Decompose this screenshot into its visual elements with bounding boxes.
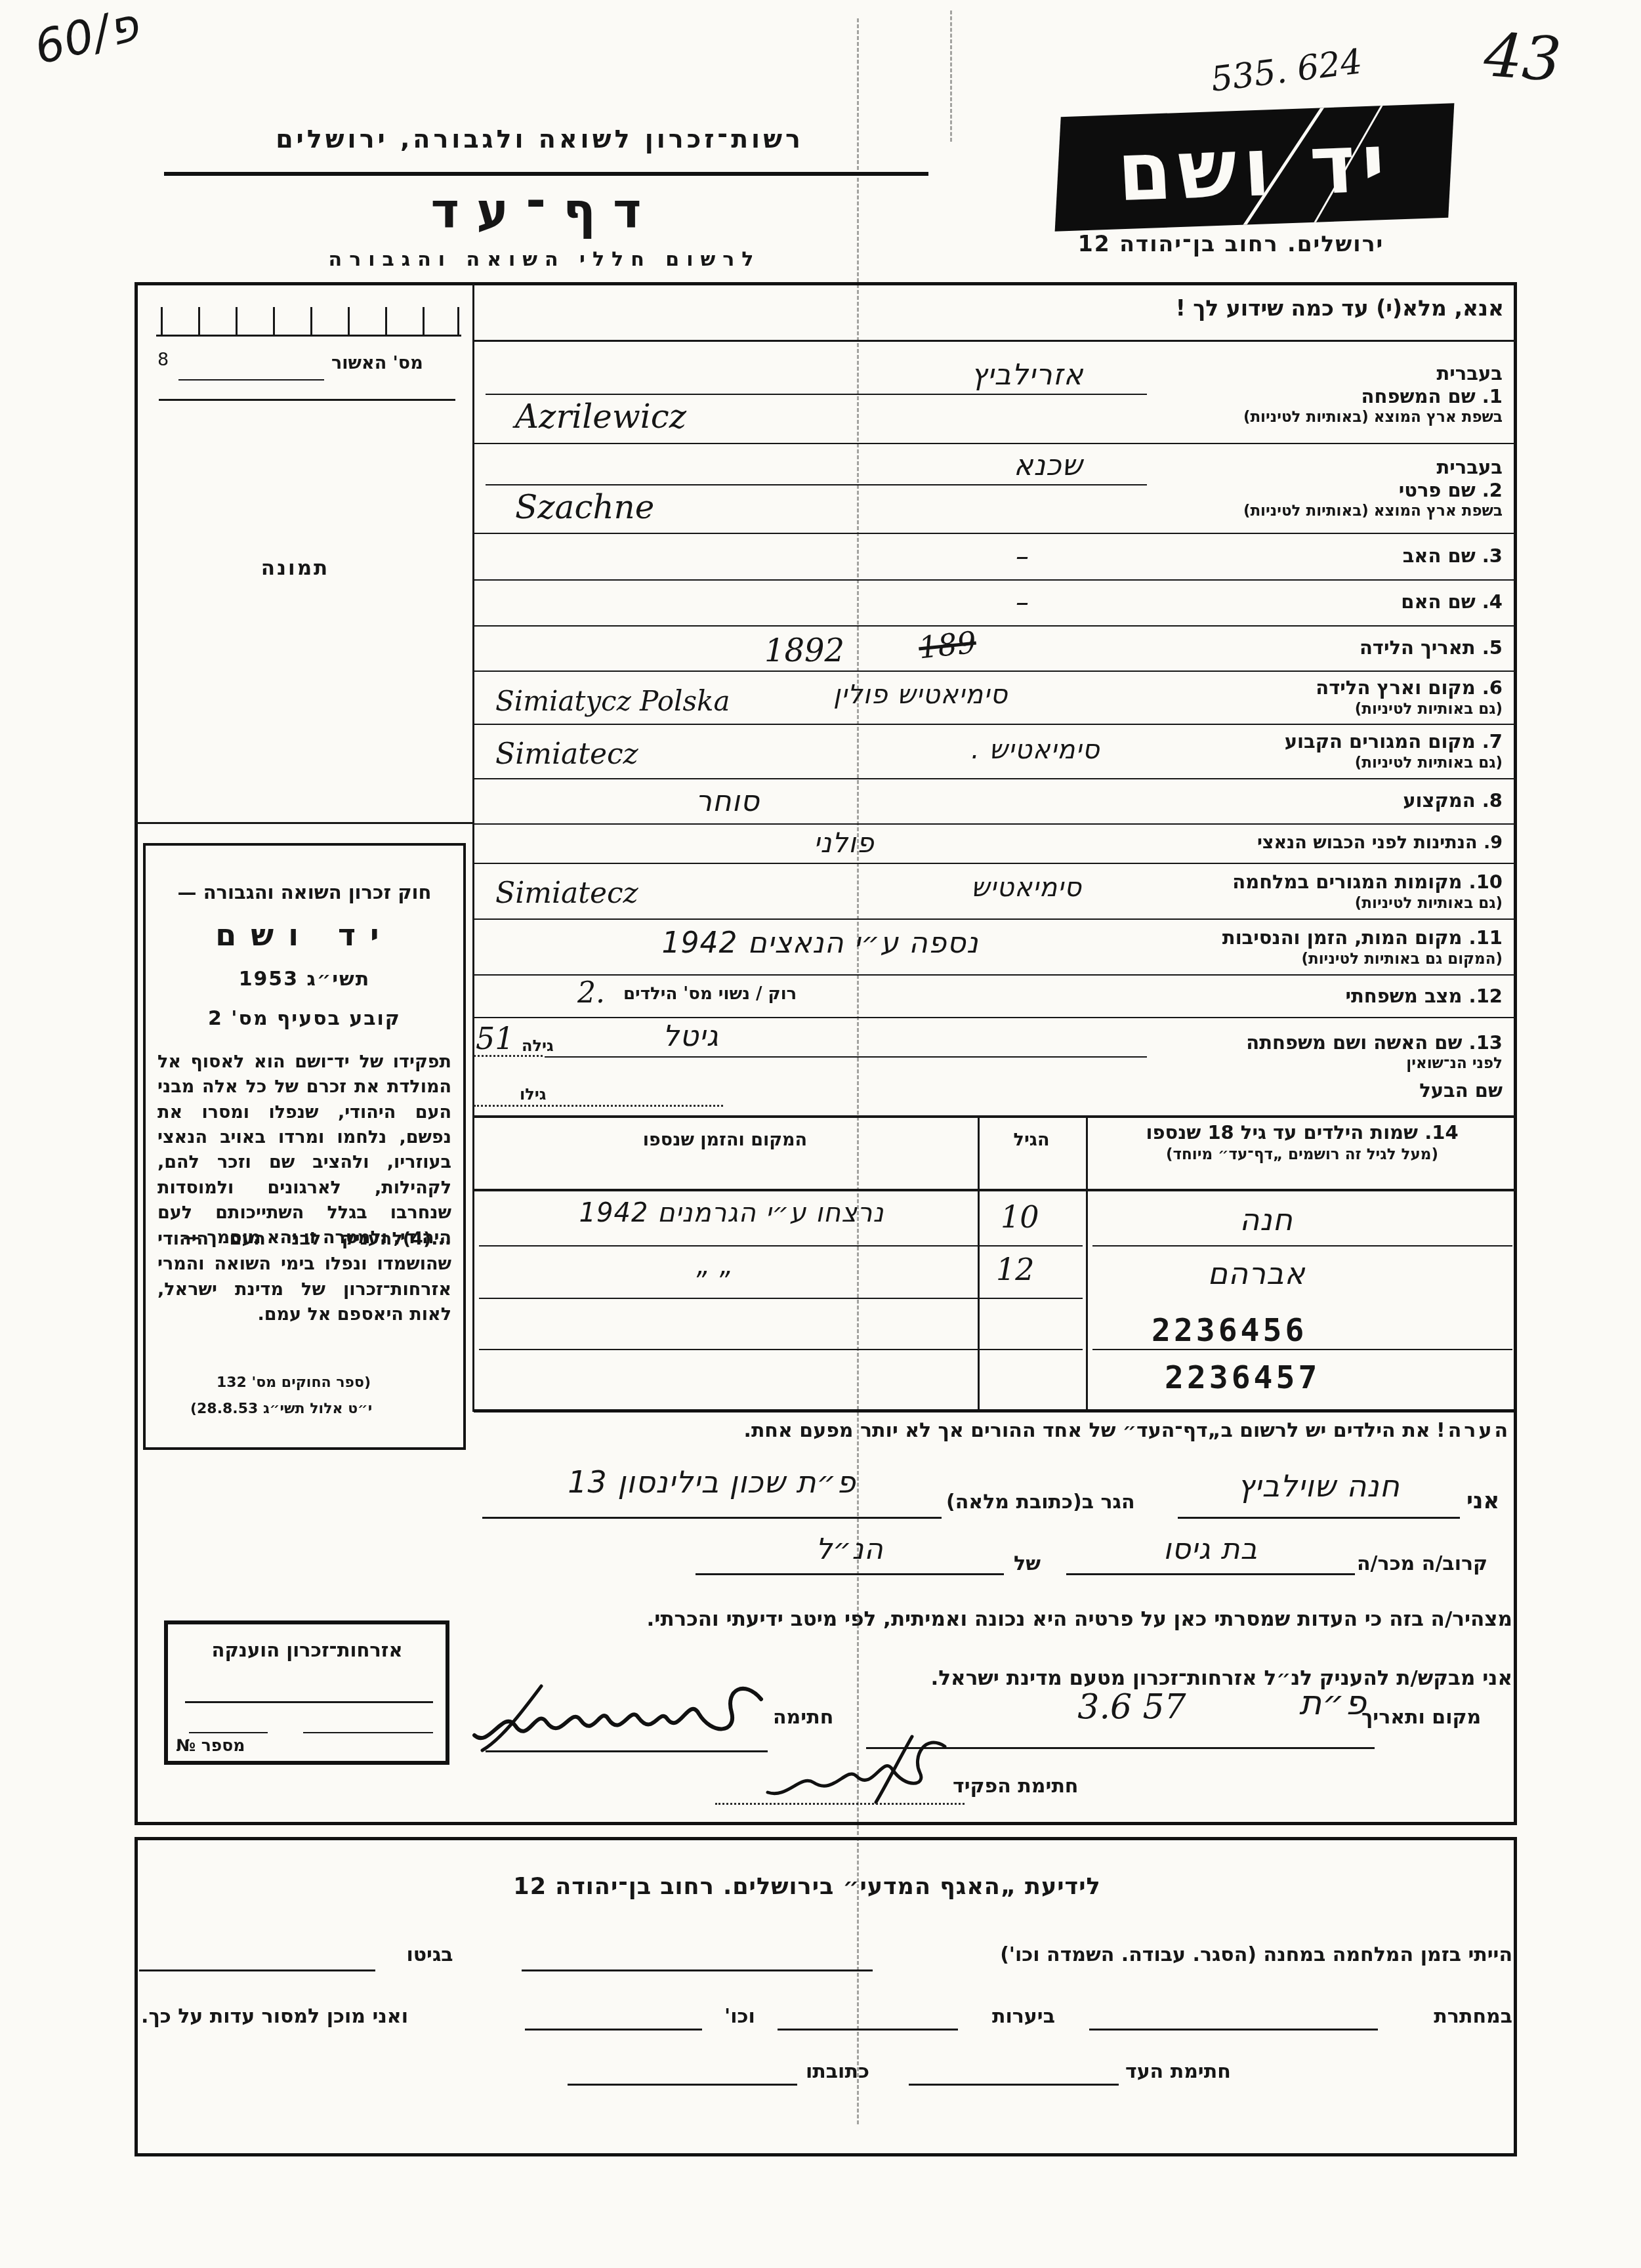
stamp-box-line (303, 1732, 433, 1733)
forests-label: ביערות (965, 2005, 1083, 2028)
field-1-sublabel: בשפת ארץ המוצא (באותיות לטיניות) (1155, 408, 1503, 426)
certificate-number-label: מס' האשור (331, 353, 423, 373)
tick (236, 307, 238, 337)
table-divider (978, 1115, 980, 1412)
child-name: אברהם (1161, 1256, 1352, 1291)
writing-line (482, 1517, 942, 1519)
witness-address-label: כתובתו (806, 2060, 869, 2083)
rule (159, 399, 455, 401)
photo-placeholder-label: תמונה (236, 556, 354, 580)
table-divider (1086, 1115, 1088, 1412)
field-label-7: 7. מקום המגורים הקבוע (גם באותיות לטיניו… (1155, 725, 1503, 777)
table-bottom-border (474, 1409, 1516, 1412)
marital-status-options: רוק / נשוי מס' הילדים (623, 984, 797, 1004)
wife-name-value: גיטל (663, 1020, 719, 1053)
field-label-5: 5. תאריך הלידה (1155, 626, 1503, 670)
field-label-1: בעברית 1. שם המשפחה בשפת ארץ המוצא (באות… (1155, 346, 1503, 442)
stamp-number-label: מספר № (176, 1736, 245, 1755)
table-top-border (474, 1115, 1516, 1118)
law-body: תפקידו של יד־ושם הוא לאסוף אל המולדת את … (157, 1050, 451, 1251)
stamped-record-number: 2236457 (1165, 1359, 1320, 1396)
field-label-11: 11. מקום המות, הזמן והנסיבות (המקום גם ב… (1155, 922, 1503, 973)
residence-label: הגר ב(כתובת מלאה) (946, 1491, 1135, 1514)
blank-line (525, 2029, 702, 2031)
father-name-value: – (1016, 542, 1029, 572)
field-13-label: 13. שם האשה ושם משפחתה (1155, 1031, 1503, 1054)
law-heading: חוק זכרון השואה והגבורה — (150, 881, 459, 903)
tick (198, 307, 200, 337)
family-name-latin-value: Azrilewicz (515, 398, 686, 436)
writing-line (486, 484, 1147, 485)
field-6-label: 6. מקום וארץ הלידה (1155, 676, 1503, 699)
witness-signature (463, 1673, 771, 1758)
child-age: 10 (1001, 1199, 1039, 1235)
first-name-latin-value: Szachne (515, 488, 654, 526)
field-label-2: בעברית 2. שם פרטי בשפת ארץ המוצא (באותיו… (1155, 443, 1503, 533)
date-value: 3.6 57 (1024, 1687, 1240, 1727)
of-label: של (1014, 1552, 1041, 1575)
field-label-10: 10. מקומות המגורים במלחמה (גם באותיות לט… (1155, 866, 1503, 917)
blank-line (909, 2084, 1119, 2086)
writing-line (545, 1056, 1147, 1058)
stamp-box-title: אזרחות־זכרון הוענקה (169, 1639, 445, 1661)
blank-line (139, 1969, 375, 1971)
page-number-handwritten: 43 (1482, 20, 1563, 95)
field-11-label: 11. מקום המות, הזמן והנסיבות (1155, 926, 1503, 949)
wartime-residence-hebrew-value: סימיאטיש (971, 873, 1147, 903)
field-6-sublabel: (גם באותיות לטיניות) (1155, 700, 1503, 718)
row-sep (474, 863, 1516, 864)
clerk-signature-label: חתימת הפקיד (953, 1775, 1078, 1798)
field-8-label: 8. המקצוע (1155, 789, 1503, 812)
age-column-header: הגיל (979, 1130, 1084, 1150)
blank-line (778, 2029, 958, 2031)
birth-year-value: 1892 (764, 632, 844, 669)
field-label-4: 4. שם האם (1155, 580, 1503, 625)
blank-line (522, 1969, 873, 1971)
tick (161, 307, 163, 337)
clerk-signature (748, 1727, 958, 1805)
child-fate-ditto: „ „ (577, 1250, 853, 1281)
wartime-residence-latin-value: Simiatecz (495, 876, 638, 910)
field-label-12: 12. מצב משפחתי (1155, 978, 1503, 1016)
citizenship-value: פולני (814, 827, 875, 859)
family-name-hebrew-value: אזרילביץ (971, 358, 1145, 392)
form-title: דף־עד (381, 182, 709, 239)
residence-hebrew-value: סימיאטיש . (971, 735, 1147, 765)
mother-name-value: – (1016, 588, 1029, 618)
wife-age-label: גילה (522, 1037, 554, 1055)
law-source-1: (ספר החוקים מס' 132 (217, 1374, 371, 1391)
row-sep (474, 918, 1516, 920)
signature-label: חתימה (773, 1706, 833, 1729)
law-source-2: י״ט אלול תשי״ג 28.8.53) (190, 1401, 372, 1417)
of-whom-value: הנ״ל (696, 1533, 1004, 1566)
underground-label: במחתרת (1381, 2005, 1512, 2028)
comb-base (156, 335, 461, 337)
field-10-sublabel: (גם באותיות לטיניות) (1155, 894, 1503, 913)
profession-value: סוחר (696, 785, 760, 818)
column-divider (472, 283, 474, 1412)
field-13-sublabel: לפני הנ־שואין (1155, 1054, 1503, 1073)
fate-column-header: המקום והזמן שנספו (476, 1130, 974, 1150)
children-label-main: 14. שמות הילדים עד גיל 18 שנספו (1091, 1121, 1514, 1145)
declarant-i-label: אני (1466, 1488, 1499, 1514)
blank-line (1089, 2029, 1378, 2031)
birth-place-hebrew-value: סימיאטיש פולין (833, 680, 1147, 710)
camp-label: הייתי בזמן המלחמה במחנה (הסגר. עבודה. הש… (879, 1943, 1512, 1966)
children-note: הערה! את הילדים יש לרשום ב„דף־העד״ של אח… (217, 1419, 1510, 1442)
table-header-border (474, 1189, 1516, 1191)
field-12-label: 12. מצב משפחתי (1155, 985, 1503, 1008)
place-value: פ״ת (1299, 1683, 1367, 1723)
birth-year-struck: 189 (917, 625, 978, 666)
dotted-line (474, 1105, 723, 1107)
field-4-label: 4. שם האם (1155, 590, 1503, 613)
field-label-6: 6. מקום וארץ הלידה (גם באותיות לטיניות) (1155, 672, 1503, 723)
stamp-box-line (185, 1701, 433, 1703)
blank-line (568, 2084, 797, 2086)
declarant-address-value: פ״ת שכון בילינסון 13 (482, 1464, 942, 1500)
logo-text: יד ושם (1115, 115, 1394, 219)
testimony-page-scan: 60/פ 535. 624 43 רשות־זכרון לשואה ולגבור… (0, 0, 1641, 2268)
field-7-label: 7. מקום המגורים הקבוע (1155, 730, 1503, 753)
etc-label: וכו' (709, 2005, 771, 2028)
child-age: 12 (996, 1252, 1035, 1287)
husband-age-label: גילו (520, 1085, 547, 1103)
stamp-box-line (189, 1732, 268, 1733)
certificate-number-blank (178, 379, 324, 381)
field-11-sublabel: (המקום גם באותיות לטיניות) (1155, 950, 1503, 968)
field-9-label: 9. הנתינות לפני הכבוש הנאצי (1155, 833, 1503, 854)
writing-line (486, 394, 1147, 395)
birth-place-latin-value: Simiatycz Polska (495, 685, 730, 717)
field-2-sublabel: בשפת ארץ המוצא (באותיות לטיניות) (1155, 502, 1503, 520)
side-mark: 8 (157, 350, 169, 370)
tick (273, 307, 275, 337)
law-year: תשי״ג 1953 (150, 968, 459, 991)
row-sep (474, 1017, 1516, 1018)
citizenship-request: אני מבקש/ת להעניק לנ״ל אזרחות־זכרון מטעם… (741, 1666, 1512, 1690)
tick (310, 307, 312, 337)
note-title: הערה! (1436, 1419, 1510, 1442)
law-clause: ‏...(4)להעניק לבני העם היהודי שהושמדו ונ… (157, 1227, 451, 1327)
fill-instruction: אנא, מלא(י) עד כמה שידוע לך ! (984, 295, 1504, 321)
husband-name-label: שם הבעל (1155, 1079, 1503, 1102)
children-count-value: 2. (577, 976, 605, 1010)
wife-age-value: 51 (476, 1021, 514, 1056)
witness-signature-label: חתימת העד (1125, 2060, 1231, 2083)
table-row-line (1092, 1349, 1512, 1350)
writing-line (1178, 1517, 1460, 1519)
field-label-9: 9. הנתינות לפני הכבוש הנאצי (1155, 825, 1503, 862)
file-mark-handwritten: 60/פ (29, 0, 144, 75)
table-row-line (479, 1298, 1083, 1299)
field-3-label: 3. שם האב (1155, 545, 1503, 567)
writing-line (486, 1750, 768, 1752)
table-row-line (479, 1349, 1083, 1350)
yad-vashem-logo: יד ושם (1055, 103, 1455, 231)
tick (348, 307, 350, 337)
tick (457, 307, 459, 337)
tick (385, 307, 387, 337)
death-circumstances-value: נספה ע״י הנאצים 1942 (564, 926, 1076, 960)
org-name: רשות־זכרון לשואה ולגבורה, ירושלים (151, 125, 928, 154)
field-label-8: 8. המקצוע (1155, 779, 1503, 823)
fold-mark-short (950, 10, 952, 142)
row-sep (474, 974, 1516, 976)
table-row-line (479, 1245, 1083, 1247)
photo-panel-bottom (136, 822, 472, 824)
field-5-label: 5. תאריך הלידה (1155, 636, 1503, 659)
dotted-line (715, 1803, 965, 1805)
lang-label: בעברית (1155, 456, 1503, 479)
field-label-13: 13. שם האשה ושם משפחתה לפני הנ־שואין שם … (1155, 1020, 1503, 1114)
children-label-sub: (מעל לגיל זה רושמים „דף־עד״ מיוחד) (1091, 1145, 1514, 1165)
first-name-hebrew-value: שכנא (1014, 449, 1145, 482)
ready-to-testify-text: ואני מוכן למסור עדות על כך. (141, 2005, 408, 2028)
place-date-label: מקום ותאריך (1361, 1706, 1512, 1729)
child-name: חנה (1181, 1202, 1352, 1237)
declaration-statement: מצהיר/ה בזה כי העדות שמסרתי כאן על פרטיה… (453, 1607, 1512, 1631)
declarant-name-value: חנה שוילביץ (1178, 1468, 1460, 1504)
field-1-label: 1. שם המשפחה (1155, 385, 1503, 408)
ghetto-label: בגיטו (381, 1943, 479, 1966)
writing-line (696, 1573, 1004, 1575)
residence-latin-value: Simiatecz (495, 737, 638, 771)
children-field-label: 14. שמות הילדים עד גיל 18 שנספו (מעל לגי… (1091, 1121, 1514, 1165)
form-subtitle: לרשום חללי השואה והגבורה (249, 248, 840, 271)
rule (474, 340, 1516, 342)
field-7-sublabel: (גם באותיות לטיניות) (1155, 754, 1503, 772)
relation-label: קרוב/ה מכר/ה (1357, 1552, 1487, 1575)
law-section: קובע בסעיף מס' 2 (150, 1007, 459, 1030)
writing-line (1066, 1573, 1355, 1575)
field-2-label: 2. שם פרטי (1155, 479, 1503, 502)
footer-title: לידיעת „האגף המדעי״ בירושלים. רחוב בן־יה… (394, 1874, 1220, 1900)
table-row-line (1092, 1245, 1512, 1247)
relation-value: בת גיסו (1066, 1533, 1355, 1566)
org-address: ירושלים. רחוב בן־יהודה 12 (1010, 231, 1451, 257)
law-brand: יד ושם (150, 917, 459, 953)
lang-label: בעברית (1155, 362, 1503, 385)
field-10-label: 10. מקומות המגורים במלחמה (1155, 871, 1503, 894)
child-fate: נרצחו ע״י הגרמנים 1942 (492, 1198, 971, 1228)
stamped-record-number: 2236456 (1152, 1312, 1307, 1349)
note-text: את הילדים יש לרשום ב„דף־העד״ של אחד ההור… (743, 1419, 1430, 1442)
org-underline (164, 172, 928, 176)
catalog-number-handwritten: 535. 624 (1209, 42, 1364, 100)
field-label-3: 3. שם האב (1155, 534, 1503, 579)
tick (423, 307, 425, 337)
